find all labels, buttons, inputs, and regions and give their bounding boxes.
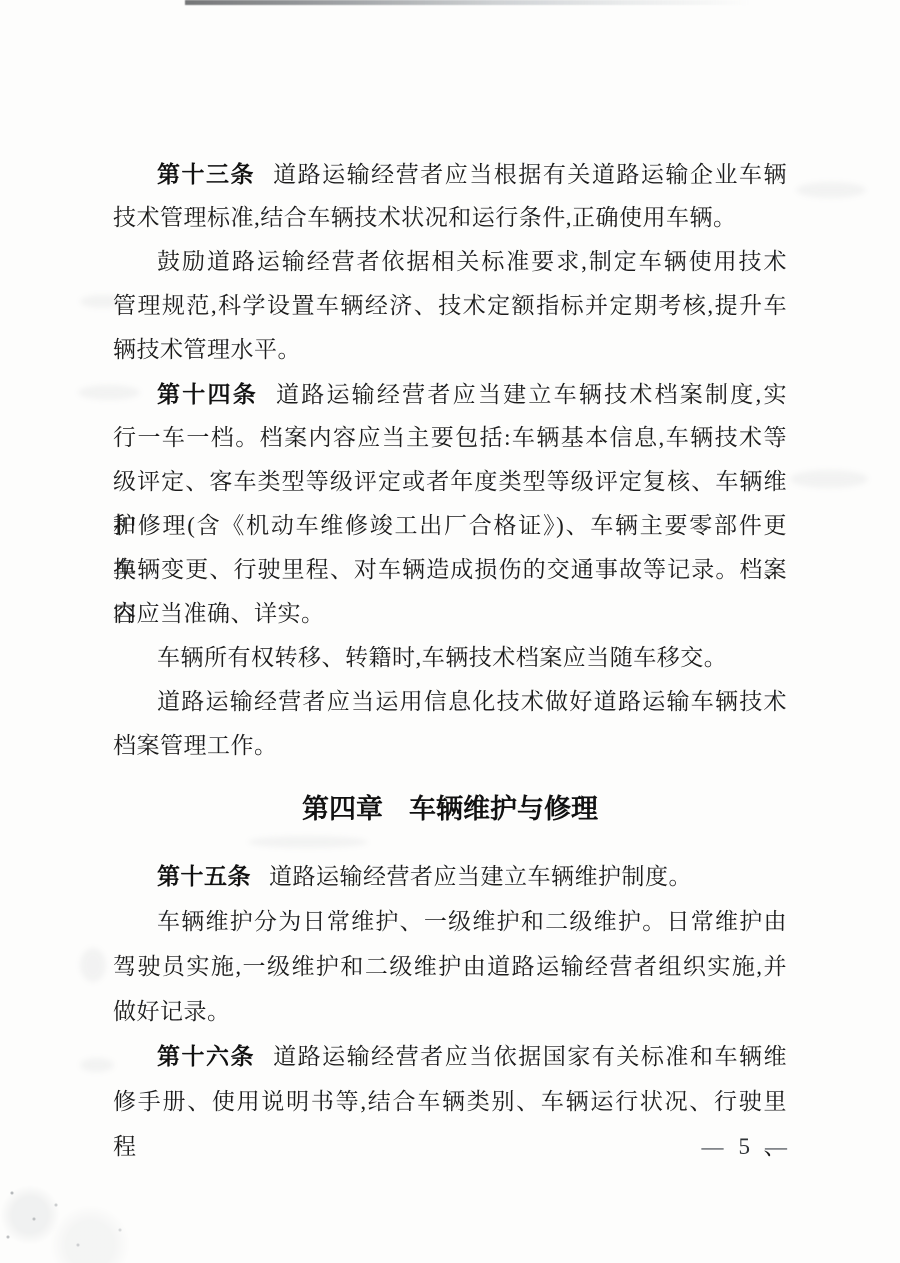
scan-speckle-corner (0, 1175, 230, 1263)
text-line: 和修理(含《机动车维修竣工出厂合格证》)、车辆主要零部件更换、 (113, 504, 787, 548)
article-number: 第十三条 (157, 161, 255, 187)
page-number-dash-right: — (765, 1134, 787, 1159)
text-line: 道路运输经营者应当运用信息化技术做好道路运输车辆技术 (113, 680, 787, 724)
text-line: 第十五条道路运输经营者应当建立车辆维护制度。 (113, 854, 787, 899)
text-line: 第十三条道路运输经营者应当根据有关道路运输企业车辆 (113, 152, 787, 196)
text-line: 车辆变更、行驶里程、对车辆造成损伤的交通事故等记录。档案内 (113, 548, 787, 592)
article-number: 第十四条 (157, 381, 258, 407)
chapter-heading: 第四章车辆维护与修理 (113, 786, 787, 832)
text-line-content: 道路运输经营者应当建立车辆技术档案制度,实 (276, 382, 787, 407)
text-line-content: 道路运输经营者应当依据国家有关标准和车辆维 (273, 1044, 787, 1069)
text-line-content: 档案管理工作。 (113, 733, 278, 758)
text-line-content: 行一车一档。档案内容应当主要包括:车辆基本信息,车辆技术等 (113, 425, 787, 450)
text-line: 驾驶员实施,一级维护和二级维护由道路运输经营者组织实施,并 (113, 944, 787, 989)
text-line: 辆技术管理水平。 (113, 328, 787, 372)
text-line-content: 道路运输经营者应当建立车辆维护制度。 (269, 864, 692, 889)
text-line: 修手册、使用说明书等,结合车辆类别、车辆运行状况、行驶里程、 (113, 1079, 787, 1124)
text-line: 车辆所有权转移、转籍时,车辆技术档案应当随车移交。 (113, 636, 787, 680)
text-line-content: 修手册、使用说明书等,结合车辆类别、车辆运行状况、行驶里程、 (113, 1089, 787, 1159)
text-line: 管理规范,科学设置车辆经济、技术定额指标并定期考核,提升车 (113, 284, 787, 328)
scan-bleed-mark (80, 1058, 114, 1072)
scan-bleed-mark (790, 470, 868, 488)
text-line-content: 做好记录。 (113, 999, 231, 1024)
text-line-content: 驾驶员实施,一级维护和二级维护由道路运输经营者组织实施,并 (113, 954, 787, 979)
text-line: 技术管理标准,结合车辆技术状况和运行条件,正确使用车辆。 (113, 196, 787, 240)
text-line-content: 车辆维护分为日常维护、一级维护和二级维护。日常维护由 (157, 909, 787, 934)
article-number: 第十五条 (157, 863, 251, 889)
text-line: 级评定、客车类型等级评定或者年度类型等级评定复核、车辆维护 (113, 460, 787, 504)
text-line-content: 道路运输经营者应当运用信息化技术做好道路运输车辆技术 (157, 689, 787, 714)
text-line: 车辆维护分为日常维护、一级维护和二级维护。日常维护由 (113, 899, 787, 944)
text-line-content: 鼓励道路运输经营者依据相关标准要求,制定车辆使用技术 (157, 249, 787, 274)
text-line: 鼓励道路运输经营者依据相关标准要求,制定车辆使用技术 (113, 240, 787, 284)
text-line: 容应当准确、详实。 (113, 592, 787, 636)
text-line: 行一车一档。档案内容应当主要包括:车辆基本信息,车辆技术等 (113, 416, 787, 460)
text-line-content: 车辆所有权转移、转籍时,车辆技术档案应当随车移交。 (157, 645, 727, 670)
text-line: 做好记录。 (113, 989, 787, 1034)
chapter-number: 第四章 (302, 794, 383, 824)
text-line-content: 管理规范,科学设置车辆经济、技术定额指标并定期考核,提升车 (113, 293, 787, 318)
text-line: 第十四条道路运输经营者应当建立车辆技术档案制度,实 (113, 372, 787, 416)
text-line-content: 容应当准确、详实。 (113, 601, 325, 626)
scan-smudge-top (185, 0, 750, 5)
text-line-content: 辆技术管理水平。 (113, 337, 301, 362)
document-body: 第十三条道路运输经营者应当根据有关道路运输企业车辆 技术管理标准,结合车辆技术状… (113, 152, 787, 1162)
chapter-four-section: 第十五条道路运输经营者应当建立车辆维护制度。 车辆维护分为日常维护、一级维护和二… (113, 854, 787, 1124)
document-page: 第十三条道路运输经营者应当根据有关道路运输企业车辆 技术管理标准,结合车辆技术状… (0, 0, 900, 1263)
scan-bleed-mark (796, 182, 866, 198)
page-number-value: 5 (739, 1134, 751, 1159)
text-line-content: 技术管理标准,结合车辆技术状况和运行条件,正确使用车辆。 (113, 205, 737, 230)
page-number-dash-left: — (702, 1134, 724, 1159)
scan-bleed-mark (80, 948, 106, 982)
chapter-title: 车辆维护与修理 (409, 794, 598, 824)
article-number: 第十六条 (157, 1043, 255, 1069)
text-line: 第十六条道路运输经营者应当依据国家有关标准和车辆维 (113, 1034, 787, 1079)
text-line: 档案管理工作。 (113, 724, 787, 768)
text-line-content: 道路运输经营者应当根据有关道路运输企业车辆 (273, 162, 787, 187)
